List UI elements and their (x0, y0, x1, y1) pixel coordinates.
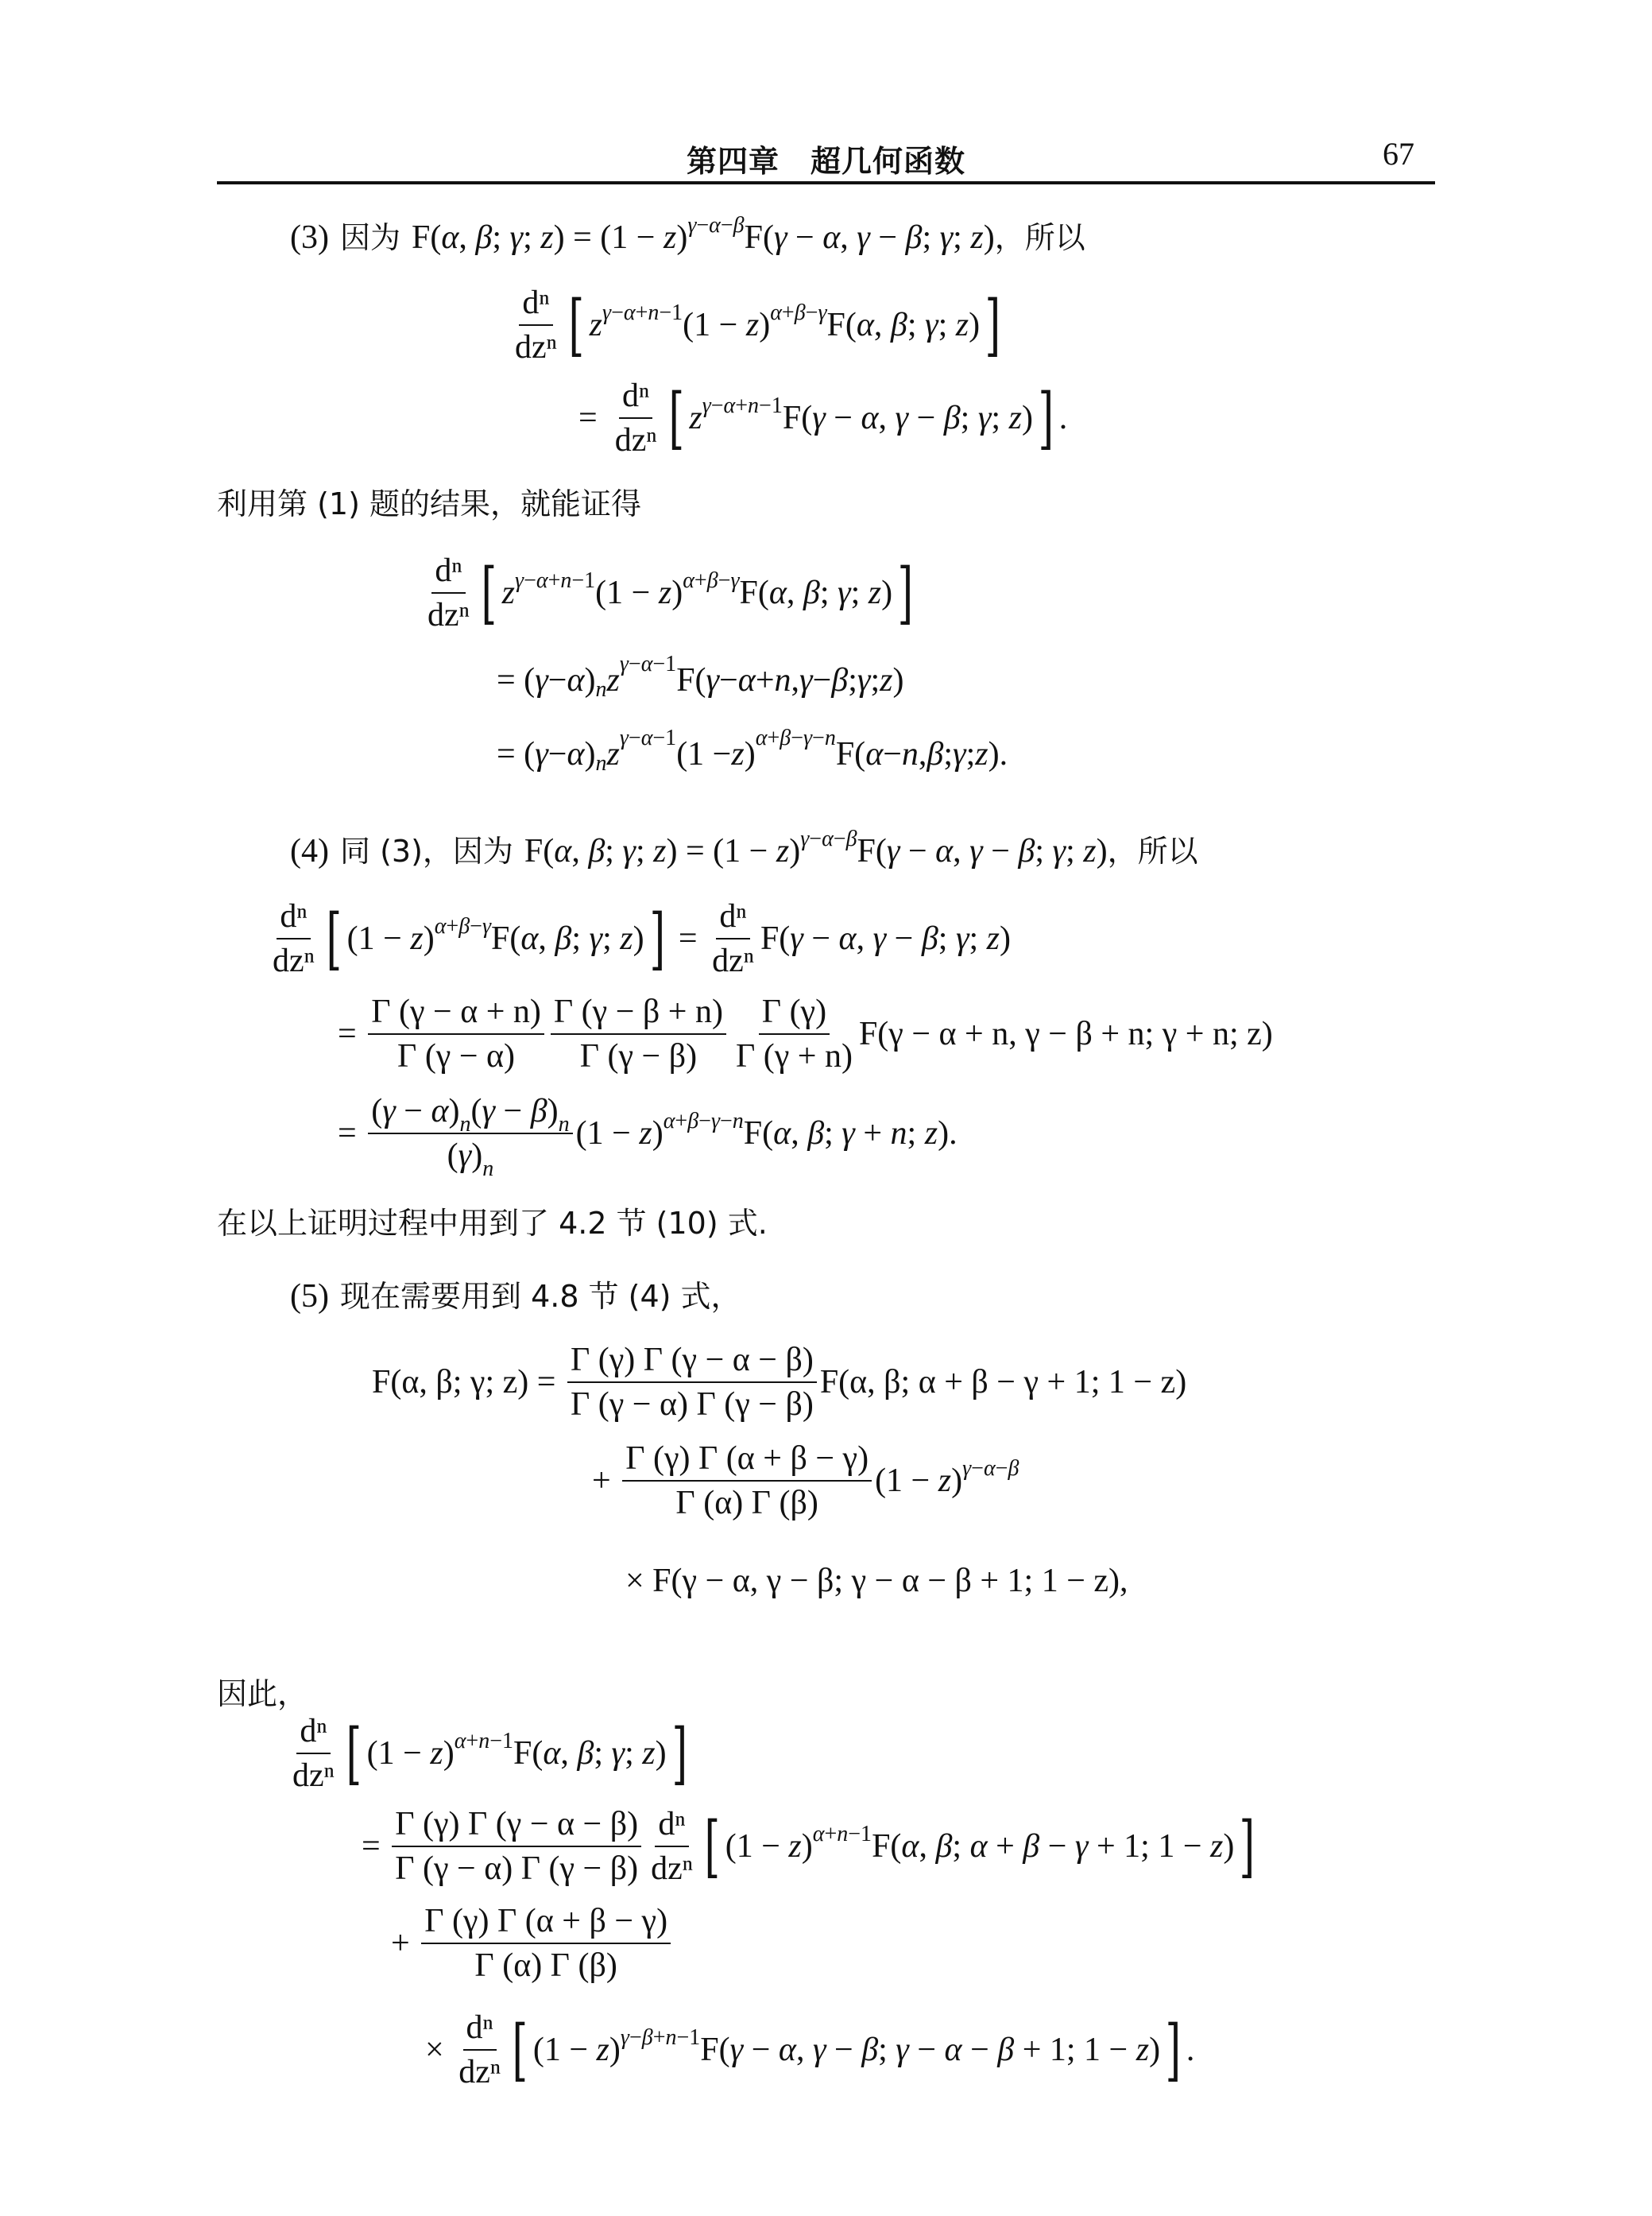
paragraph-text: 利用第 (1) 题的结果，就能证得 (217, 489, 641, 519)
item-3-intro: (3) 因为 F(α, β; γ; z) = (1 − z)γ−α−βF(γ −… (290, 221, 1085, 254)
equation: F(α, β; γ; z) = Γ (γ) Γ (γ − α − β)Γ (γ … (372, 1342, 1186, 1423)
book-page: 第四章 超几何函数 67 (3) 因为 F(α, β; γ; z) = (1 −… (0, 0, 1652, 2216)
derivative-fraction: dⁿdzⁿ (512, 285, 560, 366)
equation: = (γ − α)nzγ−α−1(1 − z)α+β−γ−nF(α − n, β… (497, 738, 1008, 771)
equation: dⁿdzⁿ [ (1 − z)α+β−γF(α, β; γ; z) ] = dⁿ… (266, 898, 1011, 979)
equation: × F(γ − α, γ − β; γ − α − β + 1; 1 − z), (625, 1564, 1128, 1598)
equation: dⁿdzⁿ [ (1 − z)α+n−1F(α, β; γ; z) ] (286, 1713, 692, 1794)
equation: = (γ − α)n(γ − β)n(γ)n (1 − z)α+β−γ−nF(α… (338, 1093, 958, 1174)
equation: + Γ (γ) Γ (α + β − γ)Γ (α) Γ (β) (391, 1903, 674, 1984)
page-number: 67 (1383, 135, 1414, 172)
equation: dⁿdzⁿ [ zγ−α+n−1(1 − z)α+β−γF(α, β; γ; z… (509, 285, 1006, 366)
derivative-fraction: dⁿdzⁿ (612, 378, 660, 459)
equation: = Γ (γ − α + n)Γ (γ − α) Γ (γ − β + n)Γ … (338, 994, 1273, 1075)
paragraph-text: 在以上证明过程中用到了 4.2 节 (10) 式. (217, 1208, 768, 1238)
item-4-intro: (4) 同 (3)，因为 F(α, β; γ; z) = (1 − z)γ−α−… (290, 835, 1198, 868)
equation: × dⁿdzⁿ [ (1 − z)γ−β+n−1F(γ − α, γ − β; … (425, 2009, 1194, 2090)
equation: = (γ − α)nzγ−α−1F(γ − α + n, γ − β; γ; z… (497, 664, 903, 697)
paragraph-text: 因此， (217, 1679, 308, 1709)
equation: dⁿdzⁿ [ zγ−α+n−1(1 − z)α+β−γF(α, β; γ; z… (421, 552, 919, 633)
item-5-intro: (5) 现在需要用到 4.8 节 (4) 式， (290, 1280, 741, 1313)
equation: = dⁿdzⁿ [ zγ−α+n−1F(γ − α, γ − β; γ; z) … (578, 378, 1067, 459)
formula: F(α, β; γ; z) = (1 − z)γ−α−βF(γ − α, γ −… (412, 221, 995, 254)
equation: = Γ (γ) Γ (γ − α − β)Γ (γ − α) Γ (γ − β)… (362, 1806, 1260, 1887)
header-rule (217, 181, 1435, 184)
equation: + Γ (γ) Γ (α + β − γ)Γ (α) Γ (β) (1 − z)… (592, 1440, 1019, 1521)
item-label: (3) (290, 221, 329, 254)
